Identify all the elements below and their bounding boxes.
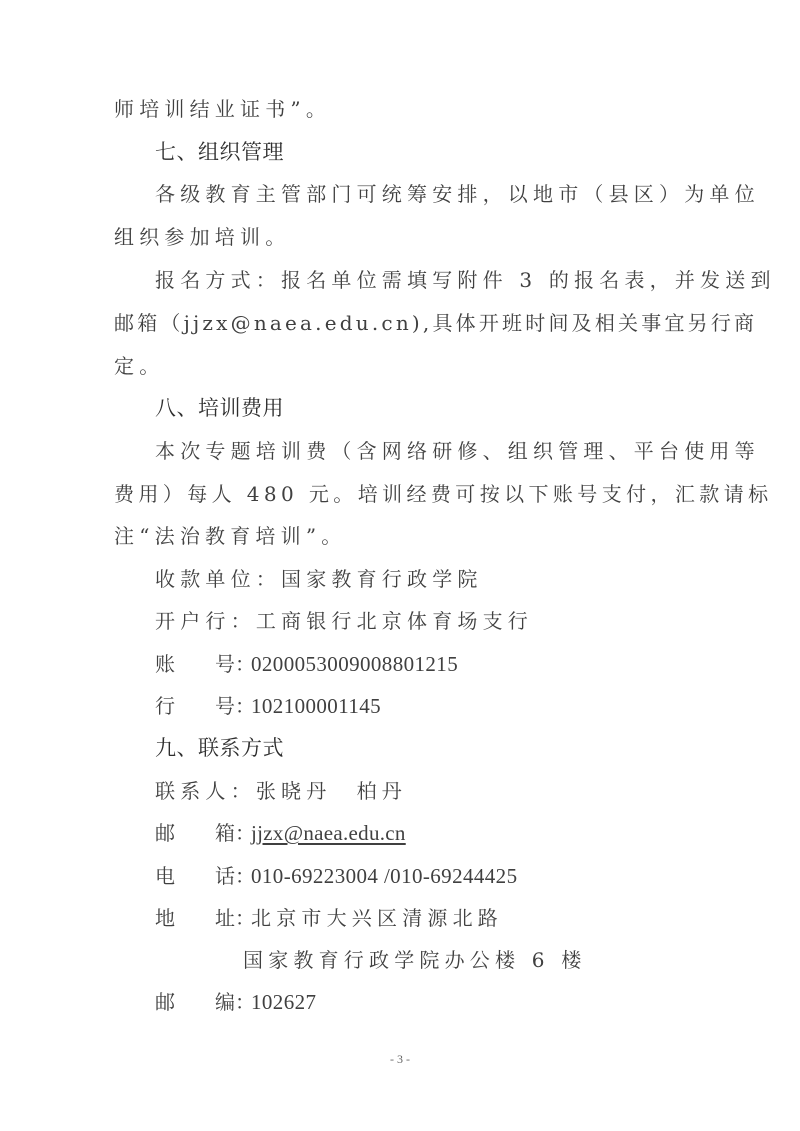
address-line-1: 北京市大兴区清源北路 [251, 906, 503, 930]
bank-value: 工商银行北京体育场支行 [256, 609, 533, 633]
email-link[interactable]: jjzx@naea.edu.cn [251, 821, 406, 845]
paragraph-fees-3: 注“法治教育培训”。 [114, 522, 346, 550]
email-row: 邮箱：jjzx@naea.edu.cn [155, 819, 406, 847]
address-row: 地址：北京市大兴区清源北路 [155, 904, 503, 932]
bank-row: 开户行：工商银行北京体育场支行 [155, 607, 533, 635]
paragraph-continuation: 师培训结业证书”。 [114, 95, 331, 123]
paragraph-organization-1: 各级教育主管部门可统筹安排，以地市（县区）为单位 [155, 180, 760, 208]
postcode-value: 102627 [251, 990, 316, 1014]
phone-row: 电话：010-69223004 /010-69244425 [155, 862, 517, 890]
postcode-row: 邮编：102627 [155, 988, 316, 1016]
bank-code-row: 行号：102100001145 [155, 692, 381, 720]
account-label: 账号： [155, 650, 251, 678]
contact-person-row: 联系人：张晓丹 柏丹 [155, 777, 407, 805]
address-label: 地址： [155, 904, 251, 932]
paragraph-fees-2: 费用）每人 480 元。培训经费可按以下账号支付，汇款请标 [114, 480, 773, 508]
section-heading-organization: 七、组织管理 [155, 138, 284, 166]
postcode-label: 邮编： [155, 988, 251, 1016]
paragraph-registration-3: 定。 [114, 352, 164, 380]
paragraph-registration-2: 邮箱（jjzx@naea.edu.cn),具体开班时间及相关事宜另行商 [114, 309, 757, 337]
bank-label: 开户行： [155, 609, 256, 633]
phone-numbers: 010-69223004 /010-69244425 [251, 864, 517, 888]
account-number: 0200053009008801215 [251, 652, 458, 676]
email-label: 邮箱： [155, 819, 251, 847]
phone-label: 电话： [155, 862, 251, 890]
paragraph-registration-1: 报名方式：报名单位需填写附件 3 的报名表，并发送到 [155, 266, 776, 294]
address-line-2: 国家教育行政学院办公楼 6 楼 [243, 946, 586, 974]
bank-code-label: 行号： [155, 692, 251, 720]
section-heading-contact: 九、联系方式 [155, 734, 284, 762]
account-row: 账号：0200053009008801215 [155, 650, 458, 678]
page-number: - 3 - [0, 1052, 800, 1067]
payee-label: 收款单位： [155, 567, 281, 591]
contact-persons: 张晓丹 柏丹 [256, 779, 407, 803]
section-heading-fees: 八、培训费用 [155, 394, 284, 422]
contact-person-label: 联系人： [155, 779, 256, 803]
document-page: 师培训结业证书”。 七、组织管理 各级教育主管部门可统筹安排，以地市（县区）为单… [0, 0, 800, 1131]
bank-code-number: 102100001145 [251, 694, 381, 718]
paragraph-organization-2: 组织参加培训。 [114, 223, 290, 251]
payee-row: 收款单位：国家教育行政学院 [155, 565, 483, 593]
payee-value: 国家教育行政学院 [281, 567, 483, 591]
paragraph-fees-1: 本次专题培训费（含网络研修、组织管理、平台使用等 [155, 437, 760, 465]
